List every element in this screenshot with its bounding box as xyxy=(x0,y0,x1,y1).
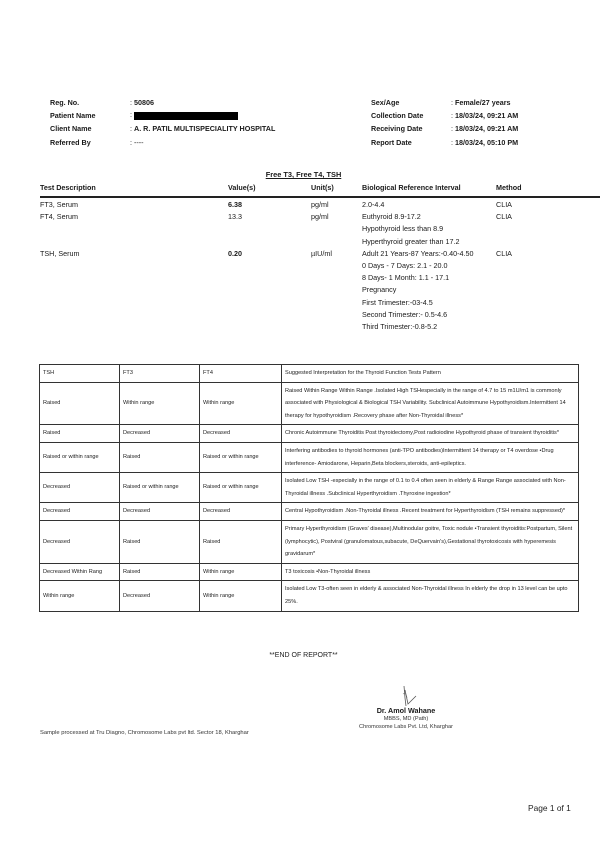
interp-suggestion: Interfering antibodies to thyroid hormon… xyxy=(282,442,579,472)
receiving-date-label: Receiving Date xyxy=(371,124,451,133)
interp-suggestion: Central Hypothyroidism .Non-Thyroidal il… xyxy=(282,503,579,521)
reference-line: Second Trimester:- 0.5-4.6 xyxy=(362,309,474,321)
results-header: Test Description Value(s) Unit(s) Biolog… xyxy=(40,183,600,195)
reference-line: First Trimester:-03-4.5 xyxy=(362,297,474,309)
header-units: Unit(s) xyxy=(311,183,334,192)
client-name-value: A. R. PATIL MULTISPECIALITY HOSPITAL xyxy=(134,124,275,133)
receiving-date-row: Receiving Date :18/03/24, 09:21 AM xyxy=(371,122,518,134)
header-method: Method xyxy=(496,183,522,192)
interp-suggestion: Chronic Autoimmune Thyroiditis Post thyr… xyxy=(282,425,579,443)
test-description: FT3, Serum xyxy=(40,199,78,211)
interp-suggestion: Isolated Low TSH -especially in the rang… xyxy=(282,473,579,503)
reference-line: Pregnancy xyxy=(362,284,474,296)
report-date-label: Report Date xyxy=(371,138,451,147)
interp-tsh: Decreased Within Rang xyxy=(40,563,120,581)
interp-ft3: Raised or within range xyxy=(120,473,200,503)
test-description: FT4, Serum xyxy=(40,211,78,223)
reference-line: 8 Days- 1 Month: 1.1 - 17.1 xyxy=(362,272,474,284)
reference-line: 2.0-4.4 xyxy=(362,199,384,211)
test-method: CLIA xyxy=(496,211,512,223)
patient-name-label: Patient Name xyxy=(50,111,130,120)
interp-ft4: Raised or within range xyxy=(200,473,282,503)
page-number: Page 1 of 1 xyxy=(528,803,571,813)
interp-tsh: Within range xyxy=(40,581,120,611)
interp-ft3: Raised xyxy=(120,563,200,581)
interp-ft3: Decreased xyxy=(120,503,200,521)
test-value: 13.3 xyxy=(228,211,242,223)
referred-by-label: Referred By xyxy=(50,138,130,147)
test-method: CLIA xyxy=(496,199,512,211)
interpretation-header-row: TSH FT3 FT4 Suggested Interpretation for… xyxy=(40,365,579,383)
end-of-report: **END OF REPORT** xyxy=(0,652,607,659)
test-unit: pg/ml xyxy=(311,199,329,211)
sex-age-row: Sex/Age :Female/27 years xyxy=(371,96,511,108)
interp-ft3: Raised xyxy=(120,442,200,472)
interp-suggestion: Primary Hyperthyroidism (Graves' disease… xyxy=(282,520,579,563)
collection-date-label: Collection Date xyxy=(371,111,451,120)
interp-header-ft4: FT4 xyxy=(200,365,282,383)
reference-line: Hypothyroid less than 8.9 xyxy=(362,223,460,235)
interp-tsh: Raised xyxy=(40,382,120,425)
interp-ft3: Decreased xyxy=(120,581,200,611)
test-value: 0.20 xyxy=(228,248,242,260)
header-reference-interval: Biological Reference Interval xyxy=(362,183,461,192)
test-unit: pg/ml xyxy=(311,211,329,223)
interp-ft3: Decreased xyxy=(120,425,200,443)
report-title-text: Free T3, Free T4, TSH xyxy=(266,170,342,179)
interp-suggestion: Isolated Low T3-often seen in elderly & … xyxy=(282,581,579,611)
client-name-label: Client Name xyxy=(50,124,130,133)
interpretation-row: Raised or within rangeRaisedRaised or wi… xyxy=(40,442,579,472)
collection-date-row: Collection Date :18/03/24, 09:21 AM xyxy=(371,109,518,121)
interpretation-row: Decreased Within RangRaisedWithin rangeT… xyxy=(40,563,579,581)
client-name-row: Client Name :A. R. PATIL MULTISPECIALITY… xyxy=(50,122,275,134)
interp-suggestion: Raised Within Range Within Range .Isolat… xyxy=(282,382,579,425)
report-date-value: 18/03/24, 05:10 PM xyxy=(455,138,518,147)
interp-ft4: Decreased xyxy=(200,425,282,443)
reg-no-row: Reg. No. :50806 xyxy=(50,96,154,108)
interp-header-suggestion: Suggested Interpretation for the Thyroid… xyxy=(282,365,579,383)
report-title: Free T3, Free T4, TSH xyxy=(0,170,607,179)
reg-no-label: Reg. No. xyxy=(50,98,130,107)
interp-tsh: Decreased xyxy=(40,520,120,563)
doctor-degree: MBBS, MD (Path) xyxy=(340,716,472,722)
sex-age-value: Female/27 years xyxy=(455,98,511,107)
referred-by-row: Referred By :---- xyxy=(50,136,144,148)
interpretation-row: RaisedDecreasedDecreasedChronic Autoimmu… xyxy=(40,425,579,443)
collection-date-value: 18/03/24, 09:21 AM xyxy=(455,111,518,120)
doctor-lab: Chromosome Labs Pvt. Ltd, Kharghar xyxy=(340,724,472,730)
interp-tsh: Raised or within range xyxy=(40,442,120,472)
interpretation-row: Within rangeDecreasedWithin rangeIsolate… xyxy=(40,581,579,611)
interp-tsh: Raised xyxy=(40,425,120,443)
interp-ft3: Within range xyxy=(120,382,200,425)
reference-line: Hyperthyroid greater than 17.2 xyxy=(362,236,460,248)
sex-age-label: Sex/Age xyxy=(371,98,451,107)
patient-name-row: Patient Name : xyxy=(50,109,238,121)
interpretation-row: DecreasedRaisedRaisedPrimary Hyperthyroi… xyxy=(40,520,579,563)
interpretation-row: RaisedWithin rangeWithin rangeRaised Wit… xyxy=(40,382,579,425)
interpretation-row: DecreasedRaised or within rangeRaised or… xyxy=(40,473,579,503)
receiving-date-value: 18/03/24, 09:21 AM xyxy=(455,124,518,133)
interp-header-ft3: FT3 xyxy=(120,365,200,383)
interpretation-table: TSH FT3 FT4 Suggested Interpretation for… xyxy=(39,364,579,612)
interp-ft4: Raised xyxy=(200,520,282,563)
interp-ft4: Decreased xyxy=(200,503,282,521)
referred-by-value: ---- xyxy=(134,138,144,147)
reference-interval: Euthyroid 8.9-17.2Hypothyroid less than … xyxy=(362,211,460,248)
interp-ft4: Within range xyxy=(200,382,282,425)
reference-interval: 2.0-4.4 xyxy=(362,199,384,211)
test-value: 6.38 xyxy=(228,199,242,211)
test-method: CLIA xyxy=(496,248,512,260)
reference-interval: Adult 21 Years-87 Years:-0.40-4.500 Days… xyxy=(362,248,474,333)
reference-line: Adult 21 Years-87 Years:-0.40-4.50 xyxy=(362,248,474,260)
interp-suggestion: T3 toxicosis •Non-Thyroidal illness xyxy=(282,563,579,581)
interp-ft4: Raised or within range xyxy=(200,442,282,472)
patient-name-redacted xyxy=(134,112,238,120)
reference-line: 0 Days - 7 Days: 2.1 - 20.0 xyxy=(362,260,474,272)
header-divider xyxy=(40,196,600,198)
doctor-name: Dr. Amol Wahane xyxy=(340,706,472,715)
test-description: TSH, Serum xyxy=(40,248,80,260)
reg-no-value: 50806 xyxy=(134,98,154,107)
interp-ft3: Raised xyxy=(120,520,200,563)
test-unit: µIU/ml xyxy=(311,248,332,260)
reference-line: Euthyroid 8.9-17.2 xyxy=(362,211,460,223)
interp-tsh: Decreased xyxy=(40,473,120,503)
interp-ft4: Within range xyxy=(200,563,282,581)
interp-header-tsh: TSH xyxy=(40,365,120,383)
header-values: Value(s) xyxy=(228,183,256,192)
interpretation-row: DecreasedDecreasedDecreasedCentral Hypot… xyxy=(40,503,579,521)
report-date-row: Report Date :18/03/24, 05:10 PM xyxy=(371,136,518,148)
sample-processed-note: Sample processed at Tru Diagno, Chromoso… xyxy=(40,730,249,736)
header-test-description: Test Description xyxy=(40,183,96,192)
interp-ft4: Within range xyxy=(200,581,282,611)
interp-tsh: Decreased xyxy=(40,503,120,521)
reference-line: Third Trimester:-0.8-5.2 xyxy=(362,321,474,333)
